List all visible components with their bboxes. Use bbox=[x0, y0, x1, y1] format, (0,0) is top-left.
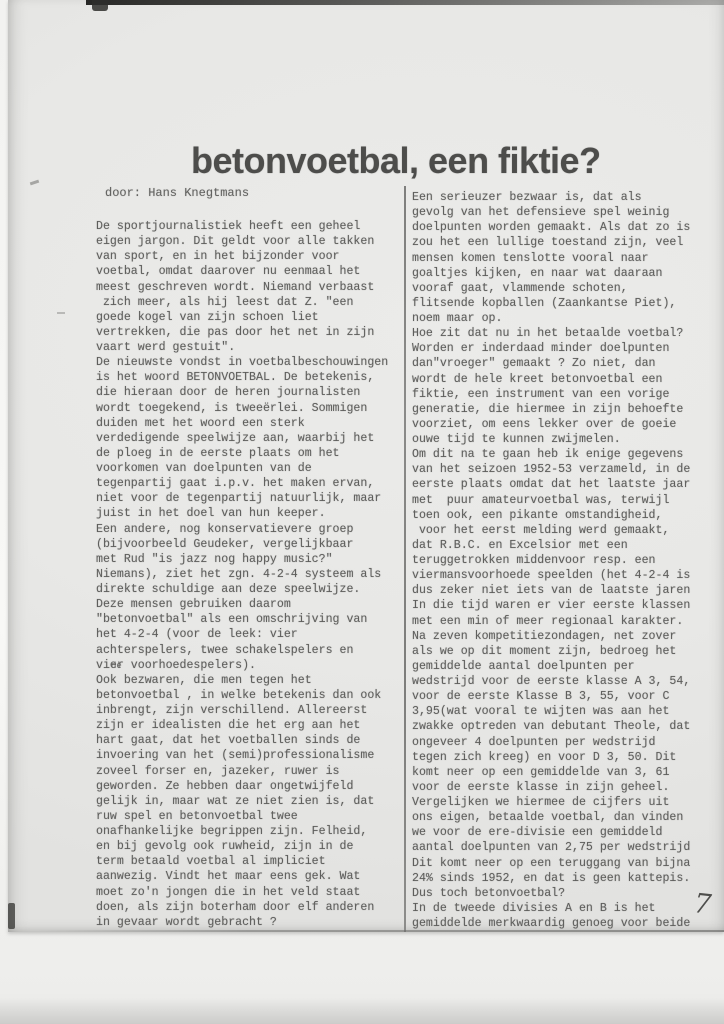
scanned-page: betonvoetbal, een fiktie? door: Hans Kne… bbox=[0, 0, 724, 1024]
scan-bottom-shadow bbox=[0, 998, 724, 1024]
paper-bottom-edge bbox=[38, 930, 724, 932]
margin-pencil-mark bbox=[30, 180, 39, 186]
scan-artifact-top-strip bbox=[86, 0, 724, 5]
column-divider-rule bbox=[404, 186, 406, 932]
article-column-left: De sportjournalistiek heeft een geheel e… bbox=[96, 219, 396, 930]
scan-artifact-edge-smudge bbox=[8, 903, 15, 929]
scan-artifact-blob bbox=[92, 0, 108, 11]
margin-pencil-mark bbox=[57, 312, 65, 314]
handwritten-page-number: 7 bbox=[692, 888, 712, 921]
typed-insertion-correction: de bbox=[111, 661, 122, 671]
paper-sheet: betonvoetbal, een fiktie? door: Hans Kne… bbox=[8, 0, 724, 932]
article-byline: door: Hans Knegtmans bbox=[105, 186, 249, 200]
article-column-right: Een serieuzer bezwaar is, dat als gevolg… bbox=[412, 190, 712, 931]
article-title: betonvoetbal, een fiktie? bbox=[191, 140, 601, 182]
